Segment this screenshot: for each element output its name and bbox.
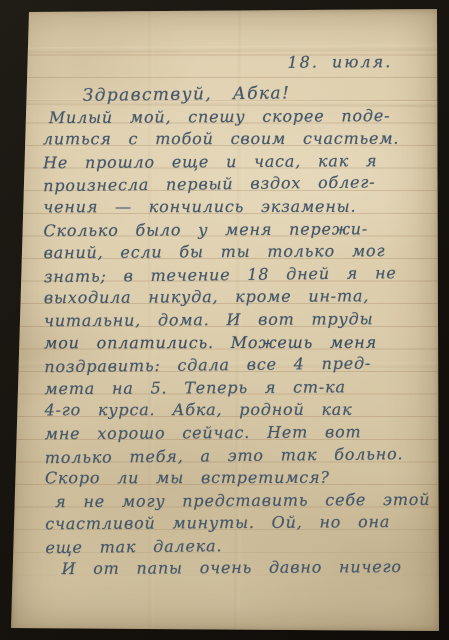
letter-line: счастливой минуты. Ой, но она [45, 511, 438, 536]
letter-line: Скоро ли мы встретимся? [45, 467, 438, 490]
letter-line: я не могу представить себе этой [45, 488, 438, 513]
letter-line: выходила никуда, кроме ин-та, [44, 285, 437, 310]
letter-line: мне хорошо сейчас. Нет вот [45, 421, 438, 446]
letter-paper: 18. июля. Здравствуй, Абка!Милый мой, сп… [0, 0, 449, 640]
letter-line: только тебя, а это так больно. [45, 442, 438, 469]
letter-line: литься с тобой своим счастьем. [43, 128, 436, 151]
letter-line: Здравствуй, Абка! [43, 81, 436, 108]
letter-line: 4-го курса. Абка, родной как [45, 399, 438, 422]
photo-background: 18. июля. Здравствуй, Абка!Милый мой, сп… [0, 0, 449, 640]
letter-line: поздравить: сдала все 4 пред- [44, 352, 437, 379]
letter-line: Милый мой, спешу скорее поде- [43, 104, 436, 129]
letter-line: читальни, дома. И вот труды [44, 308, 437, 333]
letter-line: знать; в течение 18 дней я не [44, 262, 437, 289]
letter-line: мои оплатились. Можешь меня [44, 331, 437, 354]
letter-line: чения — кончились экзамены. [43, 196, 436, 219]
handwritten-letter: 18. июля. Здравствуй, Абка!Милый мой, сп… [42, 49, 438, 581]
letter-body: Здравствуй, Абка!Милый мой, спешу скорее… [43, 82, 439, 581]
letter-line: ваний, если бы ты только мог [44, 240, 437, 265]
letter-line: еще так далека. [45, 533, 438, 560]
letter-line: мета на 5. Теперь я ст-ка [44, 376, 437, 401]
letter-line: И от папы очень давно ничего [45, 556, 438, 581]
letter-date: 18. июля. [42, 49, 435, 84]
letter-line: произнесла первый вздох облег- [43, 171, 436, 198]
letter-line: Сколько было у меня пережи- [43, 217, 436, 242]
